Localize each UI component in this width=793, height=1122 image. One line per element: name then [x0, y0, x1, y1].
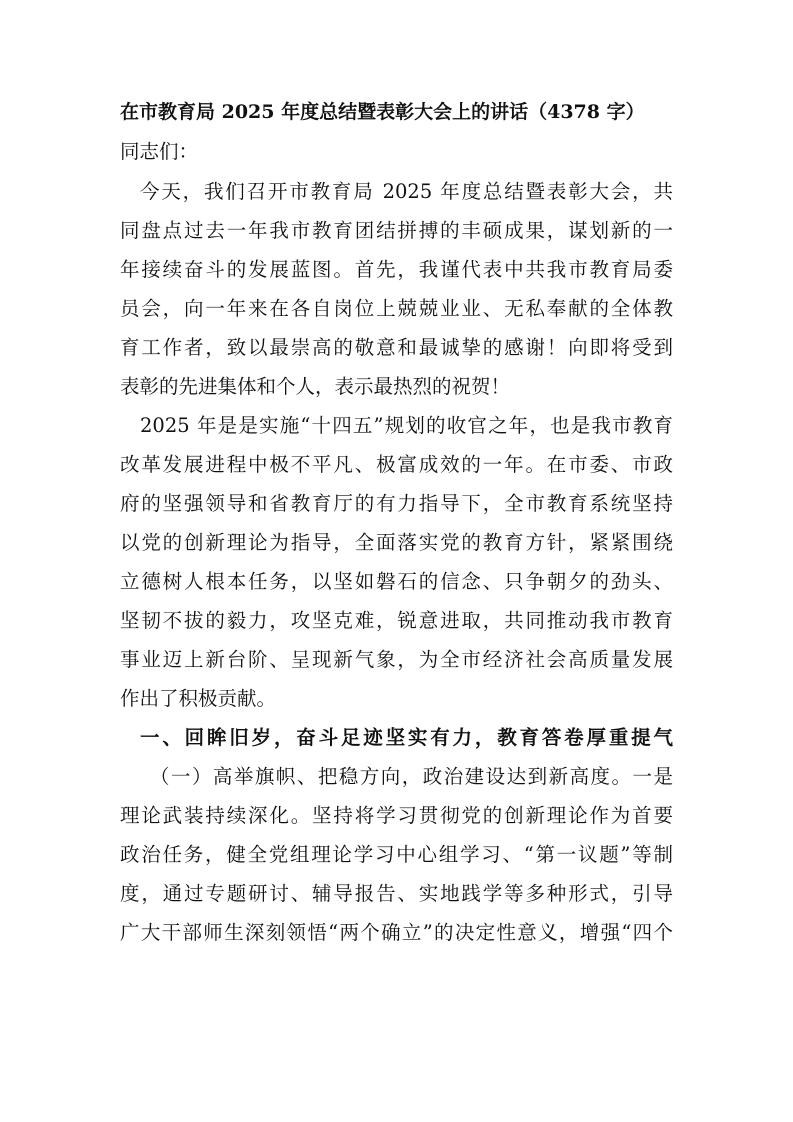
paragraph-line: 表彰的先进集体和个人，表示最热烈的祝贺！: [120, 372, 673, 402]
paragraph-line: 以党的创新理论为指导，全面落实党的教育方针，紧紧围绕: [120, 528, 673, 558]
paragraph-line: 育工作者，致以最崇高的敬意和最诚挚的感谢！向即将受到: [120, 333, 673, 363]
paragraph-line: 广大干部师生深刻领悟“两个确立”的决定性意义，增强“四个: [120, 918, 673, 948]
paragraph-line: 度，通过专题研讨、辅导报告、实地践学等多种形式，引导: [120, 879, 673, 909]
paragraph-line: 理论武装持续深化。坚持将学习贯彻党的创新理论作为首要: [120, 801, 673, 831]
document-title: 在市教育局 2025 年度总结暨表彰大会上的讲话（4378 字）: [120, 97, 673, 127]
paragraph-line: 2025 年是是实施“十四五”规划的收官之年，也是我市教育: [140, 411, 673, 441]
paragraph-line: 今天，我们召开市教育局 2025 年度总结暨表彰大会，共: [140, 177, 673, 207]
paragraph-line: 政治任务，健全党组理论学习中心组学习、“第一议题”等制: [120, 840, 673, 870]
section-heading: 一、回眸旧岁，奋斗足迹坚实有力，教育答卷厚重提气: [140, 723, 673, 753]
paragraph-line: 事业迈上新台阶、呈现新气象，为全市经济社会高质量发展: [120, 645, 673, 675]
document-page: 在市教育局 2025 年度总结暨表彰大会上的讲话（4378 字） 同志们： 今天…: [0, 0, 793, 1122]
paragraph-line: 同盘点过去一年我市教育团结拼搏的丰硕成果，谋划新的一: [120, 216, 673, 246]
salutation: 同志们：: [120, 137, 673, 167]
paragraph-line: 立德树人根本任务，以坚如磐石的信念、只争朝夕的劲头、: [120, 567, 673, 597]
paragraph-line: 府的坚强领导和省教育厅的有力指导下，全市教育系统坚持: [120, 489, 673, 519]
paragraph-line: 年接续奋斗的发展蓝图。首先，我谨代表中共我市教育局委: [120, 255, 673, 285]
paragraph-line: 坚韧不拔的毅力，攻坚克难，锐意进取，共同推动我市教育: [120, 606, 673, 636]
paragraph-line: 员会，向一年来在各自岗位上兢兢业业、无私奉献的全体教: [120, 294, 673, 324]
paragraph-line: 作出了积极贡献。: [120, 684, 673, 714]
paragraph-line: 改革发展进程中极不平凡、极富成效的一年。在市委、市政: [120, 450, 673, 480]
paragraph-line: （一）高举旗帜、把稳方向，政治建设达到新高度。一是: [150, 762, 673, 792]
